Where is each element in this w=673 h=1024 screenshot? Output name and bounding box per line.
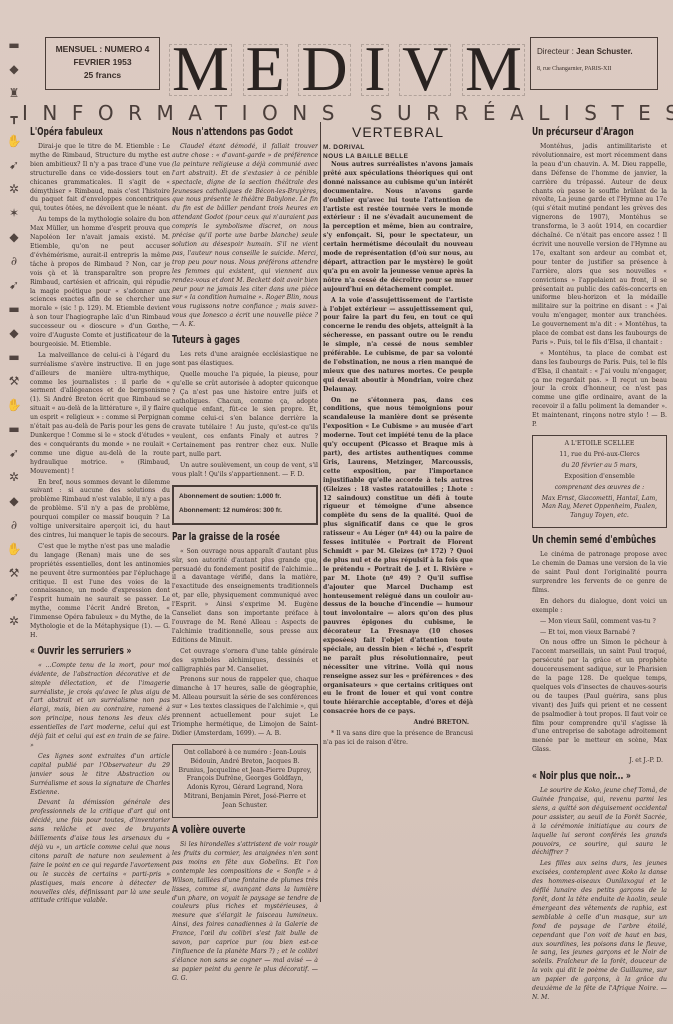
article-paragraph: Montéhus, jadis antimilitariste et révol… (532, 143, 667, 348)
exhibition-type: Exposition d'ensemble (538, 473, 661, 482)
article-paragraph: Cet ouvrage s'ornera d'une table général… (172, 648, 318, 675)
bug-icon: ✲ (9, 470, 19, 485)
column-divider (320, 122, 321, 902)
newspaper-page: ▬ ◆ ♜ ┳ ✋ ➹ ✲ ✶ ◆ ∂ ➹ ▬ ◆ ▬ ⚒ ✋ ▬ ➹ ✲ ◆ … (0, 0, 673, 1024)
snake-icon: ∂ (11, 254, 17, 269)
bug-icon: ✲ (9, 182, 19, 197)
bird-icon: ➹ (9, 446, 19, 461)
masthead-title: M E D I V M (172, 40, 522, 98)
fish-icon: ◆ (9, 62, 18, 77)
article-title: Un chemin semé d'embûches (532, 533, 640, 547)
article-paragraph: Devant la démission générale des profess… (30, 799, 170, 906)
article-paragraph: En bref, nous sommes devant le dilemme s… (30, 479, 170, 541)
bird-icon: ➹ (9, 158, 19, 173)
article-paragraph: Dirai-je que le titre de M. Etiemble : L… (30, 143, 170, 214)
anvil-icon: ▬ (8, 350, 19, 365)
exhibition-address: 11, rue du Pré-aux-Clercs (538, 451, 661, 460)
article-paragraph: — Mon vieux Saül, comment vas-tu ? (532, 618, 667, 627)
article-paragraph: On nous offre un Simon le pêcheur à l'ac… (532, 639, 667, 755)
exhibition-intro: comprenant des œuvres de : (538, 484, 661, 493)
anvil-icon: ▬ (8, 38, 19, 53)
article-paragraph: Au temps de la mythologie solaire du bon… (30, 216, 170, 350)
article-paragraph: La malveillance de celui-ci à l'égard du… (30, 352, 170, 477)
column-4 (343, 122, 481, 1002)
anvil-icon: ▬ (8, 422, 19, 437)
exhibition-dates: du 20 février au 5 mars, (538, 462, 661, 471)
bug-icon: ✲ (9, 614, 19, 629)
issue-date: FEVRIER 1953 (46, 56, 159, 69)
article-title: Par la graisse de la rosée (172, 530, 289, 544)
director-name: Jean Schuster. (576, 47, 632, 56)
article-title: Un précurseur d'Aragon (532, 125, 640, 139)
exhibition-box: A L'ETOILE SCELLEE 11, rue du Pré-aux-Cl… (532, 435, 667, 528)
axe-icon: ⚒ (9, 374, 20, 389)
article-paragraph: Les rets d'une araignée ecclésiastique n… (172, 351, 318, 369)
article-title: « Noir plus que noir... » (532, 769, 640, 783)
article-paragraph: Les filles aux seins durs, les jeunes ex… (532, 860, 667, 1002)
article-paragraph: Prenons sur nous de rappeler que, chaque… (172, 676, 318, 738)
masthead-letter: D (301, 40, 347, 98)
snake-icon: ∂ (11, 518, 17, 533)
exhibition-venue: A L'ETOILE SCELLEE (538, 440, 661, 449)
fish-icon: ◆ (9, 326, 18, 341)
article-title: « Ouvrir les serruriers » (30, 644, 142, 658)
director-info-box: Directeur : Jean Schuster. 8, rue Changa… (530, 37, 658, 90)
hand-icon: ✋ (7, 398, 22, 413)
article-paragraph: Ces lignes sont extraites d'un article c… (30, 753, 170, 798)
column-5: Un précurseur d'Aragon Montéhus, jadis a… (532, 122, 667, 1002)
article-paragraph: — Et toi, mon vieux Barnabé ? (532, 629, 667, 638)
bird-icon: ➹ (9, 590, 19, 605)
article-title: A volière ouverte (172, 823, 289, 837)
hand-icon: ✋ (7, 542, 22, 557)
castle-icon: ♜ (9, 86, 20, 101)
masthead-letter: I (364, 40, 385, 98)
subscription-standard: Abonnement: 12 numéros: 300 fr. (179, 505, 311, 517)
axe-icon: ⚒ (9, 566, 20, 581)
article-paragraph: Le cinéma de patronage propose avec Le c… (532, 551, 667, 596)
article-paragraph: « ...Compte tenu de la mort, pour moi év… (30, 662, 170, 751)
article-paragraph: « Son ouvrage nous apparaît d'autant plu… (172, 548, 318, 646)
article-paragraph: C'est que le mythe n'est pas une maladie… (30, 543, 170, 641)
article-paragraph: Claudel étant démodé, il fallait trouver… (172, 143, 318, 330)
column-1: L'Opéra fabuleux Dirai-je que le titre d… (30, 122, 170, 1002)
issue-number: MENSUEL : NUMERO 4 (46, 43, 159, 56)
article-paragraph: En dehors du dialogue, dont voici un exe… (532, 598, 667, 616)
article-title: Tuteurs à gages (172, 333, 289, 347)
fish-icon: ◆ (9, 494, 18, 509)
bird-icon: ➹ (9, 278, 19, 293)
issue-price: 25 francs (46, 69, 159, 82)
contributors-list: Ont collaboré à ce numéro : Jean-Louis B… (178, 749, 312, 811)
hammer-icon: ┳ (10, 110, 17, 125)
star-icon: ✶ (9, 206, 19, 221)
subscription-box: Abonnement de soutien: 1.000 fr. Abonnem… (172, 485, 318, 525)
exhibition-artists: Max Ernst, Giacometti, Hantaï, Lam, Man … (538, 495, 661, 522)
article-title: Nous n'attendons pas Godot (172, 125, 289, 139)
subscription-support: Abonnement de soutien: 1.000 fr. (179, 491, 311, 503)
hand-icon: ✋ (7, 134, 22, 149)
address: 8, rue Changarnier, PARIS-XII (537, 66, 657, 72)
column-2: Nous n'attendons pas Godot Claudel étant… (172, 122, 318, 1002)
anvil-icon: ▬ (8, 302, 19, 317)
article-paragraph: Un autre soulèvement, un coup de vent, s… (172, 462, 318, 480)
masthead-letter: M (465, 40, 522, 98)
masthead-letter: V (402, 40, 448, 98)
fish-icon: ◆ (9, 230, 18, 245)
article-paragraph: « Montéhus, ta place de combat est dans … (532, 350, 667, 430)
director-label: Directeur : (537, 47, 574, 56)
margin-icon-strip: ▬ ◆ ♜ ┳ ✋ ➹ ✲ ✶ ◆ ∂ ➹ ▬ ◆ ▬ ⚒ ✋ ▬ ➹ ✲ ◆ … (4, 38, 24, 629)
article-paragraph: Le sourire de Koko, jeune chef Tomâ, de … (532, 787, 667, 858)
article-paragraph: Si les hirondelles s'attristent de voir … (172, 841, 318, 984)
contributors-box: Ont collaboré à ce numéro : Jean-Louis B… (172, 744, 318, 818)
issue-info-box: MENSUEL : NUMERO 4 FEVRIER 1953 25 franc… (45, 37, 160, 90)
article-paragraph: Quelle mouche l'a piquée, la pieuse, pou… (172, 371, 318, 460)
masthead-letter: M (172, 40, 229, 98)
article-signature: J. et J.-P. D. (532, 757, 667, 766)
article-title: L'Opéra fabuleux (30, 125, 142, 139)
masthead-letter: E (246, 40, 285, 98)
